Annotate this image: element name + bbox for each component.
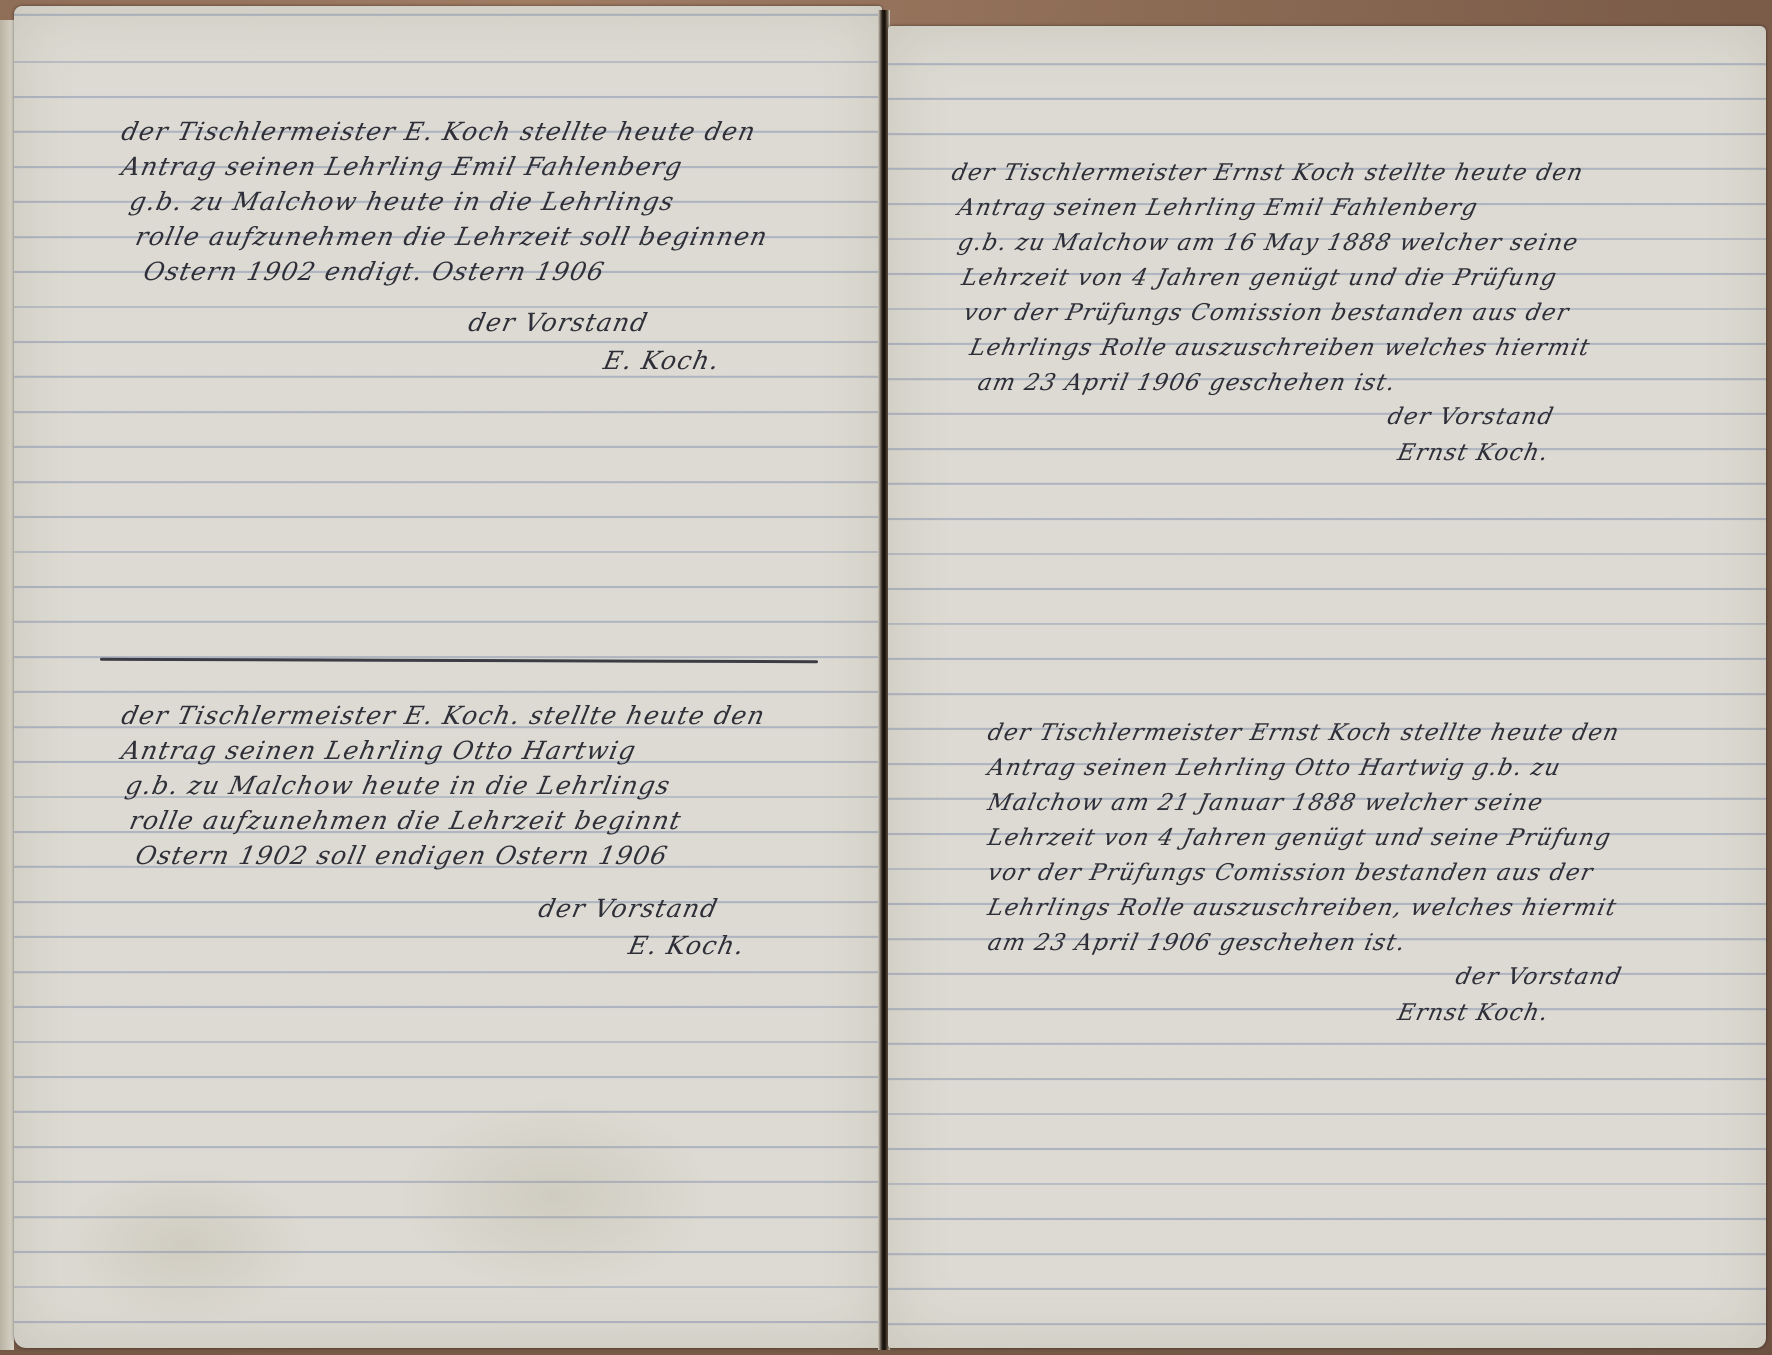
entry-line: Lehrzeit von 4 Jahren genügt und seine P… [984,821,1623,856]
entry-line: Lehrlings Rolle auszuschreiben, welches … [984,891,1623,926]
signature-title: der Vorstand [1453,964,1624,990]
entry-line: vor der Prüfungs Comission bestanden aus… [948,296,1594,331]
left-entry-2: der Tischlermeister E. Koch. stellte heu… [122,698,765,873]
section-divider-line [100,658,818,664]
entry-line: Lehrlings Rolle auszuschreiben welches h… [948,331,1594,366]
left-entry-1: der Tischlermeister E. Koch stellte heut… [122,114,768,289]
entry-line: g.b. zu Malchow heute in die Lehrlings [118,768,769,803]
entry-line: g.b. zu Malchow heute in die Lehrlings [118,184,771,219]
paper-stain [394,1096,714,1296]
entry-line: Antrag seinen Lehrling Emil Fahlenberg [948,191,1594,226]
signature-name: E. Koch. [601,346,723,375]
entry-line: Ostern 1902 endigt. Ostern 1906 [118,254,771,289]
signature-title: der Vorstand [536,894,721,923]
entry-line: Malchow am 21 Januar 1888 welcher seine [984,786,1623,821]
entry-line: Antrag seinen Lehrling Otto Hartwig g.b.… [984,751,1623,786]
signature-title: der Vorstand [466,308,651,337]
left-page-edge [0,20,14,1350]
entry-line: Lehrzeit von 4 Jahren genügt und die Prü… [948,261,1594,296]
signature-name: Ernst Koch. [1395,440,1551,466]
entry-line: der Tischlermeister Ernst Koch stellte h… [948,156,1594,191]
left-page: der Tischlermeister E. Koch stellte heut… [14,6,882,1348]
right-entry-2: der Tischlermeister Ernst Koch stellte h… [988,716,1619,961]
entry-line: Ostern 1902 soll endigen Ostern 1906 [118,838,769,873]
entry-line: der Tischlermeister E. Koch. stellte heu… [118,698,769,733]
entry-line: Antrag seinen Lehrling Emil Fahlenberg [118,149,771,184]
signature-name: E. Koch. [626,931,748,960]
entry-line: der Tischlermeister Ernst Koch stellte h… [984,716,1623,751]
entry-line: am 23 April 1906 geschehen ist. [984,926,1623,961]
entry-line: rolle aufzunehmen die Lehrzeit soll begi… [118,219,771,254]
signature-name: Ernst Koch. [1395,1000,1551,1026]
right-entry-1: der Tischlermeister Ernst Koch stellte h… [952,156,1590,401]
signature-title: der Vorstand [1385,404,1556,430]
entry-line: vor der Prüfungs Comission bestanden aus… [984,856,1623,891]
entry-line: g.b. zu Malchow am 16 May 1888 welcher s… [948,226,1594,261]
entry-line: am 23 April 1906 geschehen ist. [948,366,1594,401]
paper-stain [54,1166,314,1326]
entry-line: rolle aufzunehmen die Lehrzeit beginnt [118,803,769,838]
entry-line: Antrag seinen Lehrling Otto Hartwig [118,733,769,768]
entry-line: der Tischlermeister E. Koch stellte heut… [118,114,771,149]
right-page: der Tischlermeister Ernst Koch stellte h… [888,26,1766,1348]
